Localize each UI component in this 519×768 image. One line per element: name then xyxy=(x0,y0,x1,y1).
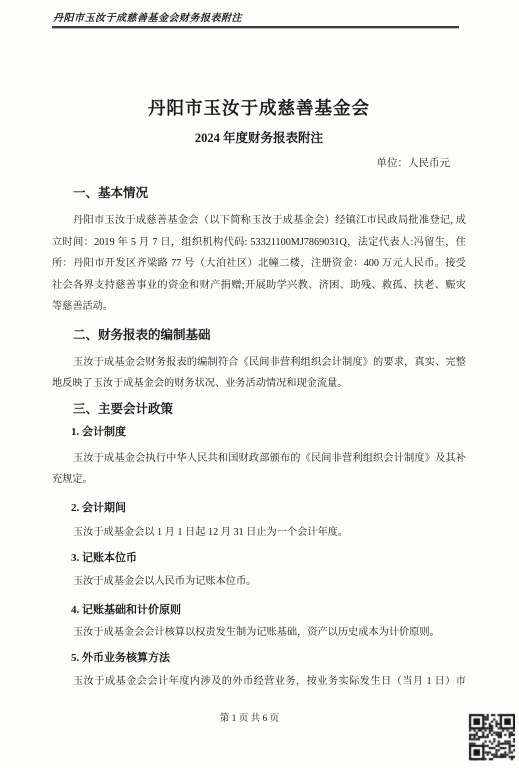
paragraph-line: 玉汝于成基金会以 1 月 1 日起 12 月 31 日止为一个会计年度。 xyxy=(52,522,466,544)
document-title: 丹阳市玉汝于成慈善基金会 xyxy=(52,96,466,120)
paragraph-line: 丹阳市玉汝于成慈善基金会（以下简称玉汝于成基金会）经镇江市民政局批准登记, 成 xyxy=(52,210,466,232)
section-heading-basic-info: 一、基本情况 xyxy=(52,185,466,201)
paragraph-line: 社会各界支持慈善事业的资金和财产捐赠;开展助学兴教、济困、助残、救孤、扶老、赈灾 xyxy=(52,275,466,297)
document-subtitle: 2024 年度财务报表附注 xyxy=(52,130,466,146)
paragraph-line: 充规定。 xyxy=(52,469,466,491)
paragraph-line: 立时间：2019 年 5 月 7 日，组织机构代码: 53321100MJ786… xyxy=(52,232,466,254)
subsection-heading-accounting-system: 1. 会计制度 xyxy=(52,425,466,440)
currency-unit-label: 单位：人民币元 xyxy=(52,157,466,171)
page-number-footer: 第 1 页 共 6 页 xyxy=(0,712,499,726)
paragraph-basis-of-preparation: 玉汝于成基金会财务报表的编制符合《民间非营利组织会计制度》的要求，真实、完整 地… xyxy=(52,352,466,395)
running-header-title: 丹阳市玉汝于成慈善基金会财务报表附注 xyxy=(52,12,459,28)
subsection-heading-functional-currency: 3. 记账本位币 xyxy=(52,551,466,566)
subsection-heading-foreign-currency: 5. 外币业务核算方法 xyxy=(52,651,466,666)
paragraph-functional-currency: 玉汝于成基金会以人民币为记账本位币。 xyxy=(52,571,466,593)
paragraph-line: 玉汝于成基金会执行中华人民共和国财政部颁布的《民间非营利组织会计制度》及其补 xyxy=(52,448,466,470)
paragraph-accounting-system: 玉汝于成基金会执行中华人民共和国财政部颁布的《民间非营利组织会计制度》及其补 充… xyxy=(52,448,466,491)
paragraph-line: 所：丹阳市开发区齐梁路 77 号（大泊社区）北幢二楼，注册资金：400 万元人民… xyxy=(52,253,466,275)
paragraph-line: 玉汝于成基金会会计年度内涉及的外币经营业务，按业务实际发生日（当月 1 日）市 xyxy=(52,671,466,693)
paragraph-accounting-basis: 玉汝于成基金会会计核算以权责发生制为记账基础，资产以历史成本为计价原则。 xyxy=(52,622,466,644)
section-heading-accounting-policies: 三、主要会计政策 xyxy=(52,401,466,417)
paragraph-basic-info: 丹阳市玉汝于成慈善基金会（以下简称玉汝于成基金会）经镇江市民政局批准登记, 成 … xyxy=(52,210,466,318)
paragraph-line: 玉汝于成基金会会计核算以权责发生制为记账基础，资产以历史成本为计价原则。 xyxy=(52,622,466,644)
subsection-heading-accounting-basis: 4. 记账基础和计价原则 xyxy=(52,603,466,618)
document-page: 丹阳市玉汝于成慈善基金会财务报表附注 丹阳市玉汝于成慈善基金会 2024 年度财… xyxy=(0,0,519,768)
qr-code xyxy=(468,713,515,761)
paragraph-line: 等慈善活动。 xyxy=(52,296,466,318)
paragraph-foreign-currency: 玉汝于成基金会会计年度内涉及的外币经营业务，按业务实际发生日（当月 1 日）市 xyxy=(52,671,466,693)
paragraph-line: 地反映了玉汝于成基金会的财务状况、业务活动情况和现金流量。 xyxy=(52,373,466,395)
paragraph-line: 玉汝于成基金会以人民币为记账本位币。 xyxy=(52,571,466,593)
paragraph-line: 玉汝于成基金会财务报表的编制符合《民间非营利组织会计制度》的要求，真实、完整 xyxy=(52,352,466,374)
paragraph-accounting-period: 玉汝于成基金会以 1 月 1 日起 12 月 31 日止为一个会计年度。 xyxy=(52,522,466,544)
subsection-heading-accounting-period: 2. 会计期间 xyxy=(52,501,466,516)
section-heading-basis-of-preparation: 二、财务报表的编制基础 xyxy=(52,327,466,343)
